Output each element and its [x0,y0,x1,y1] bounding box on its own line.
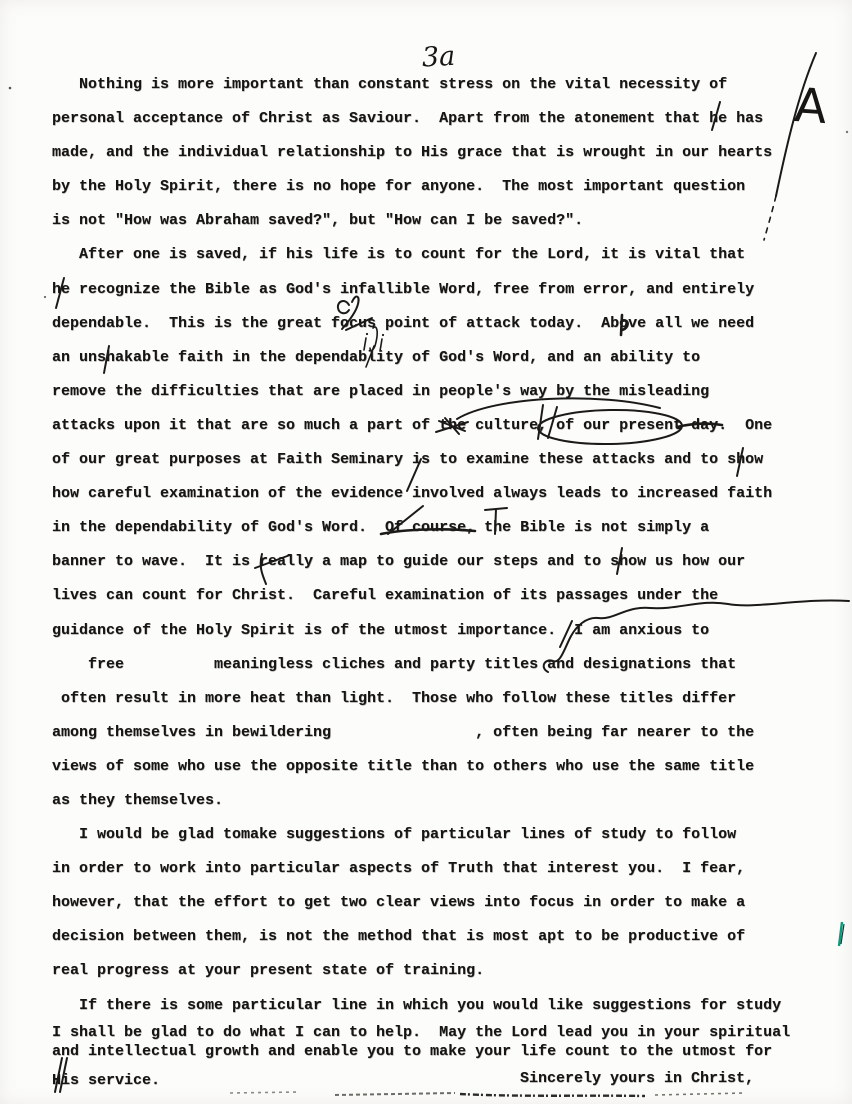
typed-line: remove the difficulties that are placed … [52,375,852,409]
bottom-smudge-4 [655,1093,745,1095]
typed-line: After one is saved, if his life is to co… [52,238,852,272]
typed-line: among themselves in bewildering , often … [52,716,852,750]
bottom-smudge-3 [460,1094,645,1096]
typed-line: is not "How was Abraham saved?", but "Ho… [52,204,852,238]
typed-line: banner to wave. It is really a map to gu… [52,545,852,579]
closing-signature: Sincerely yours in Christ, [520,1069,754,1089]
typed-line: lives can count for Christ. Careful exam… [52,579,852,613]
typed-line: however, that the effort to get two clea… [52,886,852,920]
typed-line: often result in more heat than light. Th… [52,682,852,716]
typed-line: guidance of the Holy Spirit is of the ut… [52,614,852,648]
typed-line: Nothing is more important than constant … [52,68,852,102]
typed-lines: Nothing is more important than constant … [0,0,852,1091]
typed-line: in the dependability of God's Word. Of c… [52,511,852,545]
typed-line: personal acceptance of Christ as Saviour… [52,102,852,136]
typed-line: I shall be glad to do what I can to help… [52,1023,852,1042]
typed-line: made, and the individual relationship to… [52,136,852,170]
typed-line: free meaningless cliches and party title… [52,648,852,682]
typed-line: how careful examination of the evidence … [52,477,852,511]
typed-line: in order to work into particular aspects… [52,852,852,886]
typed-line: views of some who use the opposite title… [52,750,852,784]
typed-line: If there is some particular line in whic… [52,989,852,1023]
typed-line: an unshakable faith in the dependablity … [52,341,852,375]
typed-line: by the Holy Spirit, there is no hope for… [52,170,852,204]
typed-line: attacks upon it that are so much a part … [52,409,852,443]
bottom-smudge-1 [230,1092,300,1093]
bottom-smudge-2 [335,1093,455,1095]
letter-page: Nothing is more important than constant … [0,0,852,1104]
typed-line: real progress at your present state of t… [52,954,852,988]
typed-line: as they themselves. [52,784,852,818]
typed-line: decision between them, is not the method… [52,920,852,954]
typed-line: he recognize the Bible as God's infallib… [52,273,852,307]
typed-line: and intellectual growth and enable you t… [52,1042,852,1061]
typed-line: I would be glad tomake suggestions of pa… [52,818,852,852]
typed-line: dependable. This is the great focus poin… [52,307,852,341]
typed-line: of our great purposes at Faith Seminary … [52,443,852,477]
